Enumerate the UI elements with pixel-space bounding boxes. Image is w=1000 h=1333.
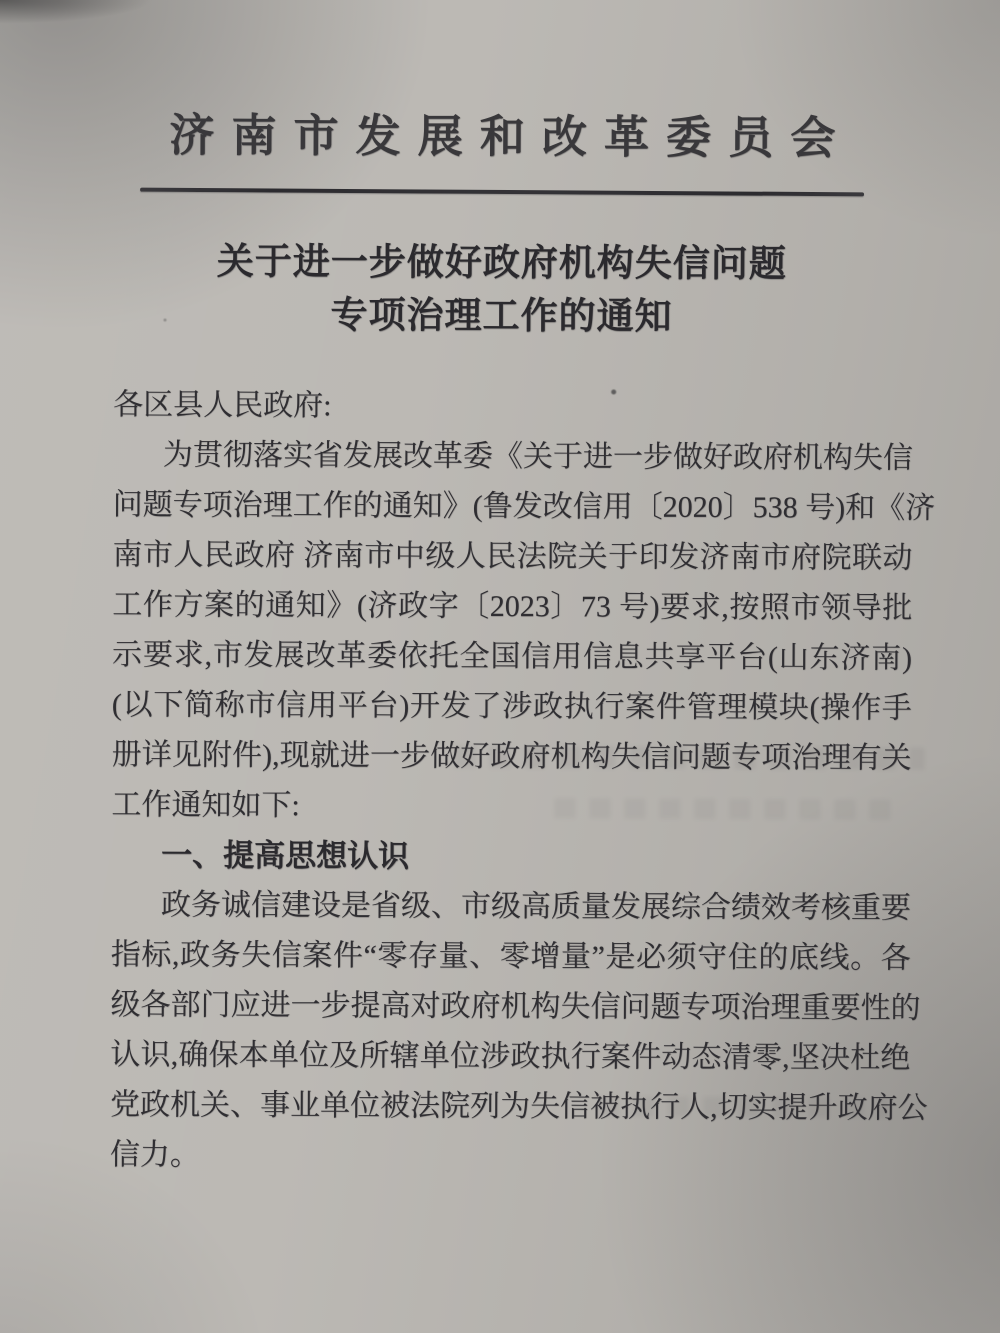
body-line: 政务诚信建设是省级、市级高质量发展综合绩效考核重要: [111, 880, 911, 933]
body-line: 信力。: [110, 1130, 910, 1183]
reverse-side-bleed-through: [598, 1096, 888, 1117]
body-line: 工作方案的通知》(济政字〔2023〕73 号)要求,按照市领导批: [112, 580, 912, 633]
document-sheet: 济南市发展和改革委员会 关于进一步做好政府机构失信问题 专项治理工作的通知 各区…: [0, 0, 1000, 1333]
body-line: 级各部门应进一步提高对政府机构失信问题专项治理重要性的: [110, 980, 910, 1033]
letterhead-org-name: 济南市发展和改革委员会: [2, 98, 1000, 167]
photographed-paper-background: 济南市发展和改革委员会 关于进一步做好政府机构失信问题 专项治理工作的通知 各区…: [0, 0, 1000, 1333]
ink-speck: [611, 389, 616, 394]
body-line: 为贯彻落实省发展改革委《关于进一步做好政府机构失信: [113, 430, 913, 483]
body-line: 南市人民政府 济南市中级人民法院关于印发济南市府院联动: [112, 530, 912, 583]
body-line: 认识,确保本单位及所辖单位涉政执行案件动态清零,坚决杜绝: [110, 1030, 910, 1083]
document-body: 各区县人民政府: 为贯彻落实省发展改革委《关于进一步做好政府机构失信 问题专项治…: [110, 380, 913, 1183]
body-line: (以下简称市信用平台)开发了涉政执行案件管理模块(操作手: [112, 680, 912, 733]
reverse-side-bleed-through: [455, 746, 925, 770]
body-line: 示要求,市发展改革委依托全国信用信息共享平台(山东济南): [112, 630, 912, 683]
document-title-line1: 关于进一步做好政府机构失信问题: [2, 234, 1000, 291]
document-title: 关于进一步做好政府机构失信问题 专项治理工作的通知: [1, 234, 1000, 344]
body-line: 问题专项治理工作的通知》(鲁发改信用〔2020〕538 号)和《济: [113, 480, 913, 533]
reverse-side-bleed-through: [554, 798, 894, 819]
document-title-line2: 专项治理工作的通知: [1, 287, 1000, 344]
body-line: 指标,政务失信案件“零存量、零增量”是必须守住的底线。各: [111, 930, 911, 983]
ink-speck: [164, 319, 167, 322]
section-heading: 一、提高思想认识: [111, 830, 911, 883]
letterhead-divider: [140, 188, 864, 197]
salutation: 各区县人民政府:: [113, 380, 913, 433]
